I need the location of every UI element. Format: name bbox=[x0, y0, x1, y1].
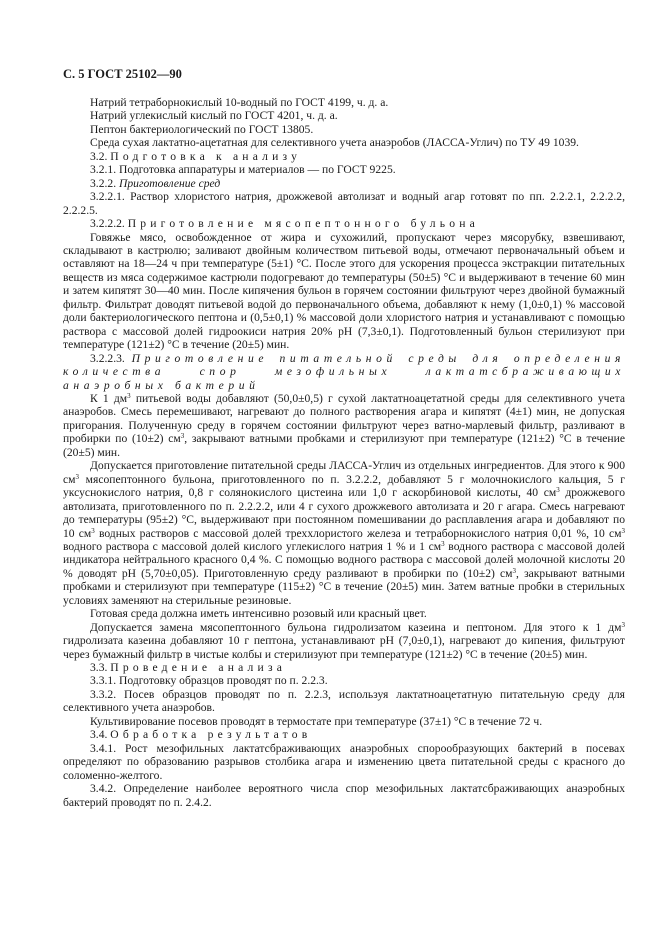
paragraph-3-4-2: 3.4.2. Определение наиболее вероятного ч… bbox=[63, 782, 625, 809]
page-header: С. 5 ГОСТ 25102—90 bbox=[63, 66, 625, 82]
section-heading-3-3: 3.3. Проведение анализа bbox=[63, 661, 625, 674]
section-title: Приготовление питательной среды для опре… bbox=[63, 352, 625, 392]
paragraph-cultivation: Культивирование посевов проводят в термо… bbox=[63, 715, 625, 728]
reagent-item: Натрий углекислый кислый по ГОСТ 4201, ч… bbox=[63, 109, 625, 122]
reagent-item: Пептон бактериологический по ГОСТ 13805. bbox=[63, 123, 625, 136]
section-heading-3-2-2: 3.2.2. Приготовление сред bbox=[63, 177, 625, 190]
section-heading-3-2-2-2: 3.2.2.2. Приготовление мясопептонного бу… bbox=[63, 217, 625, 230]
section-title: Приготовление сред bbox=[119, 177, 220, 190]
section-heading-3-2: 3.2. Подготовка к анализу bbox=[63, 150, 625, 163]
section-title: Проведение анализа bbox=[110, 661, 286, 674]
paragraph-medium-prep: К 1 дм3 питьевой воды добавляют (50,0±0,… bbox=[63, 392, 625, 459]
paragraph-color: Готовая среда должна иметь интенсивно ро… bbox=[63, 607, 625, 620]
section-title: Подготовка к анализу bbox=[110, 150, 301, 163]
section-title: Обработка результатов bbox=[110, 728, 311, 741]
paragraph-3-2-1: 3.2.1. Подготовка аппаратуры и материало… bbox=[63, 163, 625, 176]
section-heading-3-4: 3.4. Обработка результатов bbox=[63, 728, 625, 741]
paragraph-3-4-1: 3.4.1. Рост мезофильных лактатсбраживающ… bbox=[63, 742, 625, 782]
paragraph-ingredients: Допускается приготовление питательной ср… bbox=[63, 459, 625, 607]
paragraph-3-2-2-1: 3.2.2.1. Раствор хлористого натрия, дрож… bbox=[63, 190, 625, 217]
paragraph-3-3-2: 3.3.2. Посев образцов проводят по п. 2.2… bbox=[63, 688, 625, 715]
section-title: Приготовление мясопептонного бульона bbox=[128, 217, 479, 230]
section-heading-3-2-2-3: 3.2.2.3. Приготовление питательной среды… bbox=[63, 352, 625, 392]
reagent-item: Среда сухая лактатно-ацетатная для селек… bbox=[63, 136, 625, 149]
paragraph-broth: Говяжье мясо, освобожденное от жира и су… bbox=[63, 231, 625, 352]
paragraph-3-3-1: 3.3.1. Подготовку образцов проводят по п… bbox=[63, 674, 625, 687]
reagent-item: Натрий тетраборнокислый 10-водный по ГОС… bbox=[63, 96, 625, 109]
document-page: С. 5 ГОСТ 25102—90 Натрий тетраборнокисл… bbox=[63, 66, 625, 809]
paragraph-casein: Допускается замена мясопептонного бульон… bbox=[63, 621, 625, 661]
